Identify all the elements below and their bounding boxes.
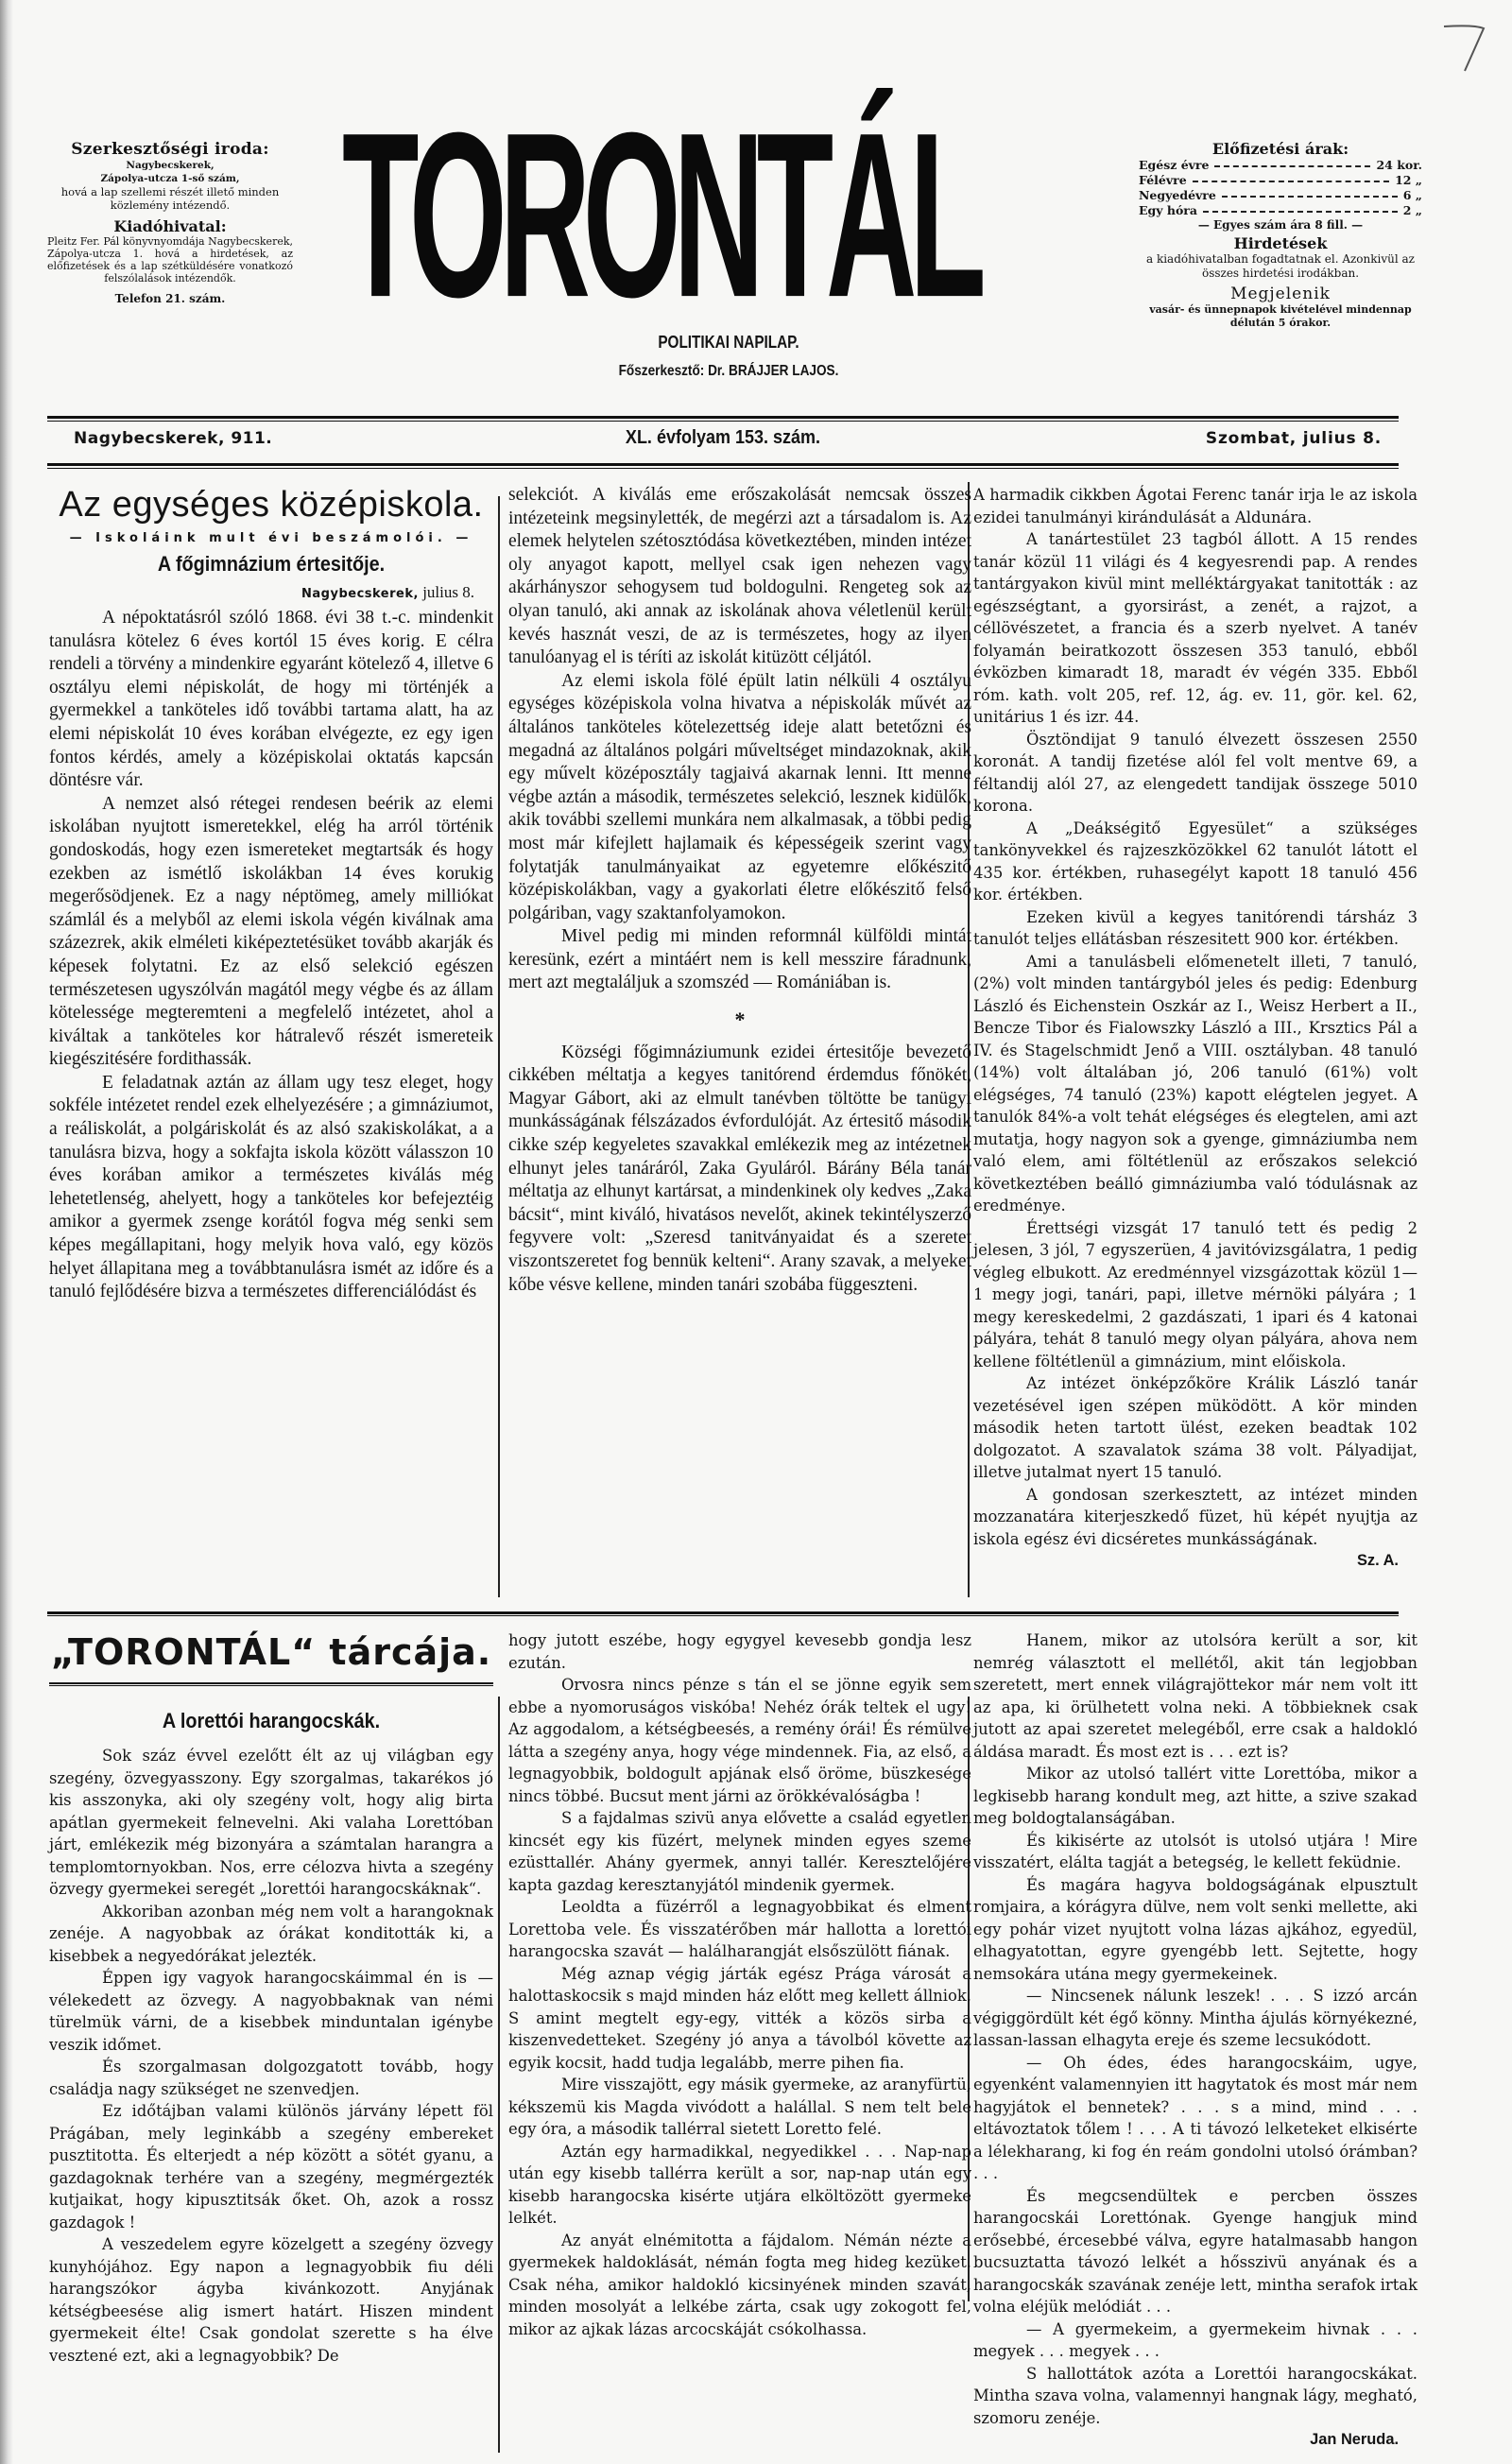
column-rule bbox=[498, 1697, 500, 2453]
subscription-heading: Előfizetési árak: bbox=[1139, 140, 1422, 158]
article-kicker: — Iskoláink mult évi beszámolói. — bbox=[49, 529, 493, 548]
article-date: julius 8. bbox=[422, 583, 474, 601]
editorial-office-box: Szerkesztőségi iroda: Nagybecskerek, Záp… bbox=[47, 140, 293, 305]
section-divider bbox=[47, 1611, 1399, 1616]
paragraph: Orvosra nincs pénze s tán el se jönne eg… bbox=[508, 1674, 971, 1807]
feuilleton-column-2: hogy jutott eszébe, hogy egygyel keveseb… bbox=[508, 1629, 971, 2340]
paragraph: És szorgalmasan dolgozgatott tovább, hog… bbox=[49, 2056, 493, 2100]
phone-number: Telefon 21. szám. bbox=[47, 292, 293, 305]
divider-rule bbox=[47, 463, 1399, 469]
ads-heading: Hirdetések bbox=[1139, 234, 1422, 252]
feuilleton-rule bbox=[49, 1682, 493, 1686]
paragraph: És magára hagyva boldogságának elpusztul… bbox=[973, 1874, 1417, 1986]
paragraph: E feladatnak aztán az állam ugy tesz ele… bbox=[49, 1072, 493, 1304]
paragraph: És megcsendültek e percben összes harang… bbox=[973, 2185, 1417, 2318]
article-title: Az egységes középiskola. bbox=[49, 484, 493, 526]
editorial-office-heading: Szerkesztőségi iroda: bbox=[47, 140, 293, 159]
paragraph: Mikor az utolsó tallért vitte Lorettóba,… bbox=[973, 1763, 1417, 1830]
article-column-3: A harmadik cikkben Ágotai Ferenc tanár i… bbox=[973, 484, 1417, 1573]
paragraph: S hallottátok azóta a Lorettói harangocs… bbox=[973, 2363, 1417, 2430]
paragraph: Ösztöndijat 9 tanuló élvezett összesen 2… bbox=[973, 729, 1417, 818]
price-row: Félévre12 „ bbox=[1139, 173, 1422, 188]
paragraph: — Oh édes, édes harangocskáim, ugye, egy… bbox=[973, 2052, 1417, 2185]
publisher-office-heading: Kiadóhivatal: bbox=[47, 217, 293, 235]
issue-number: XL. évfolyam 153. szám. bbox=[115, 427, 1332, 449]
paragraph: hogy jutott eszébe, hogy egygyel keveseb… bbox=[508, 1629, 971, 1674]
paragraph: Az intézet önképzőköre Králik László tan… bbox=[973, 1372, 1417, 1484]
paragraph: selekciót. A kiválás eme erőszakolását n… bbox=[508, 484, 971, 670]
editorial-note: hová a lap szellemi részét illető minden… bbox=[47, 185, 293, 212]
price-row: Egy hóra2 „ bbox=[1139, 203, 1422, 218]
paragraph: Még aznap végig járták egész Prága város… bbox=[508, 1963, 971, 2075]
paragraph: Ez időtájban valami különös járvány lépe… bbox=[49, 2100, 493, 2233]
issue-date: Szombat, julius 8. bbox=[1206, 429, 1382, 448]
paragraph: Éppen igy vagyok harangocskáimmal én is … bbox=[49, 1967, 493, 2056]
article-column-1: Az egységes középiskola. — Iskoláink mul… bbox=[49, 484, 493, 1304]
price-row: Negyedévre6 „ bbox=[1139, 188, 1422, 203]
price-label: Egy hóra bbox=[1139, 203, 1197, 218]
paragraph: Hanem, mikor az utolsóra került a sor, k… bbox=[973, 1629, 1417, 1763]
price-value: 24 kor. bbox=[1376, 158, 1422, 173]
editor-in-chief: Főszerkesztő: Dr. BRÁJJER LAJOS. bbox=[400, 363, 1057, 380]
article-subtitle: A főgimnázium értesitője. bbox=[72, 548, 472, 580]
paragraph: A veszedelem egyre közelgett a szegény ö… bbox=[49, 2233, 493, 2367]
paragraph: Az anyát elnémitotta a fájdalom. Némán n… bbox=[508, 2230, 971, 2341]
price-label: Egész évre bbox=[1139, 158, 1209, 173]
price-label: Negyedévre bbox=[1139, 188, 1216, 203]
price-value: 6 „ bbox=[1403, 188, 1422, 203]
paragraph: Aztán egy harmadikkal, negyedikkel . . .… bbox=[508, 2141, 971, 2230]
column-rule bbox=[498, 496, 500, 1597]
paragraph: A tanártestület 23 tagból állott. A 15 r… bbox=[973, 528, 1417, 729]
dateline-bar: Nagybecskerek, 911. XL. évfolyam 153. sz… bbox=[47, 425, 1399, 456]
paragraph: És kikisérte az utolsót is utolsó utjára… bbox=[973, 1830, 1417, 1874]
section-asterisk: * bbox=[508, 1008, 971, 1032]
paragraph: Az elemi iskola fölé épült latin nélküli… bbox=[508, 670, 971, 926]
feuilleton-section-title: „TORONTÁL“ tárcája. bbox=[49, 1624, 493, 1680]
paragraph: Községi főgimnáziumunk ezidei értesitője… bbox=[508, 1042, 971, 1298]
price-value: 2 „ bbox=[1403, 203, 1422, 218]
feuilleton-column-1: A lorettói harangocskák. Sok száz évvel … bbox=[49, 1694, 493, 2367]
price-row: Egész évre24 kor. bbox=[1139, 158, 1422, 173]
article-dateline: Nagybecskerek, julius 8. bbox=[49, 580, 493, 607]
paragraph: A harmadik cikkben Ágotai Ferenc tanár i… bbox=[973, 484, 1417, 528]
ads-note: a kiadóhivatalban fogadtatnak el. Azonki… bbox=[1139, 252, 1422, 281]
divider-rule bbox=[47, 416, 1399, 422]
single-copy-price: — Egyes szám ára 8 fill. — bbox=[1139, 218, 1422, 233]
paragraph: Akkoriban azonban még nem volt a harango… bbox=[49, 1901, 493, 1968]
scan-edge-shadow bbox=[0, 0, 13, 2464]
paragraph: S a fajdalmas szivü anya elővette a csal… bbox=[508, 1807, 971, 1896]
price-value: 12 „ bbox=[1395, 173, 1422, 188]
article-column-2: selekciót. A kiválás eme erőszakolását n… bbox=[508, 484, 971, 1297]
paragraph: A népoktatásról szóló 1868. évi 38 t.-c.… bbox=[49, 607, 493, 793]
paragraph: Ami a tanulásbeli előmenetelt illeti, 7 … bbox=[973, 951, 1417, 1217]
paragraph: A „Deákségitő Egyesület“ a szükséges tan… bbox=[973, 818, 1417, 906]
paragraph: A gondosan szerkesztett, az intézet mind… bbox=[973, 1484, 1417, 1551]
subscription-box: Előfizetési árak: Egész évre24 kor. Félé… bbox=[1139, 140, 1422, 330]
editorial-city: Nagybecskerek, bbox=[47, 159, 293, 172]
article-place: Nagybecskerek, bbox=[301, 587, 419, 601]
paragraph: Érettségi vizsgát 17 tanuló tett és pedi… bbox=[973, 1217, 1417, 1373]
paragraph: Sok száz évvel ezelőtt élt az uj világba… bbox=[49, 1745, 493, 1901]
paragraph: Ezeken kivül a kegyes tanitórendi társhá… bbox=[973, 906, 1417, 951]
editorial-address: Zápolya-utcza 1-ső szám, bbox=[47, 172, 293, 185]
article-signature: Sz. A. bbox=[973, 1550, 1417, 1573]
feuilleton-title: A lorettói harangocskák. bbox=[72, 1707, 472, 1735]
price-label: Félévre bbox=[1139, 173, 1187, 188]
publisher-office-note: Pleitz Fer. Pál könyvnyomdája Nagybecske… bbox=[47, 235, 293, 284]
newspaper-nameplate: TORONTÁL bbox=[342, 129, 1115, 289]
newspaper-page: Szerkesztőségi iroda: Nagybecskerek, Záp… bbox=[0, 0, 1512, 2464]
paragraph: A nemzet alsó rétegei rendesen beérik az… bbox=[49, 793, 493, 1072]
paragraph: — A gyermekeim, a gyermekeim hivnak . . … bbox=[973, 2318, 1417, 2363]
newspaper-title: TORONTÁL bbox=[342, 129, 790, 302]
paragraph: — Nincsenek nálunk leszek! . . . S izzó … bbox=[973, 1985, 1417, 2052]
feuilleton-column-3: Hanem, mikor az utolsóra került a sor, k… bbox=[973, 1629, 1417, 2452]
appears-note: vasár- és ünnepnapok kivételével mindenn… bbox=[1139, 303, 1422, 330]
newspaper-subtitle: POLITIKAI NAPILAP. bbox=[400, 333, 1057, 353]
paragraph: Mire visszajött, egy másik gyermeke, az … bbox=[508, 2074, 971, 2141]
appears-heading: Megjelenik bbox=[1139, 284, 1422, 303]
feuilleton-author: Jan Neruda. bbox=[973, 2429, 1417, 2452]
handwritten-corner-mark-icon bbox=[1436, 19, 1493, 76]
paragraph: Leoldta a füzérről a legnagyobbikat és e… bbox=[508, 1896, 971, 1963]
paragraph: Mivel pedig mi minden reformnál külföldi… bbox=[508, 925, 971, 995]
